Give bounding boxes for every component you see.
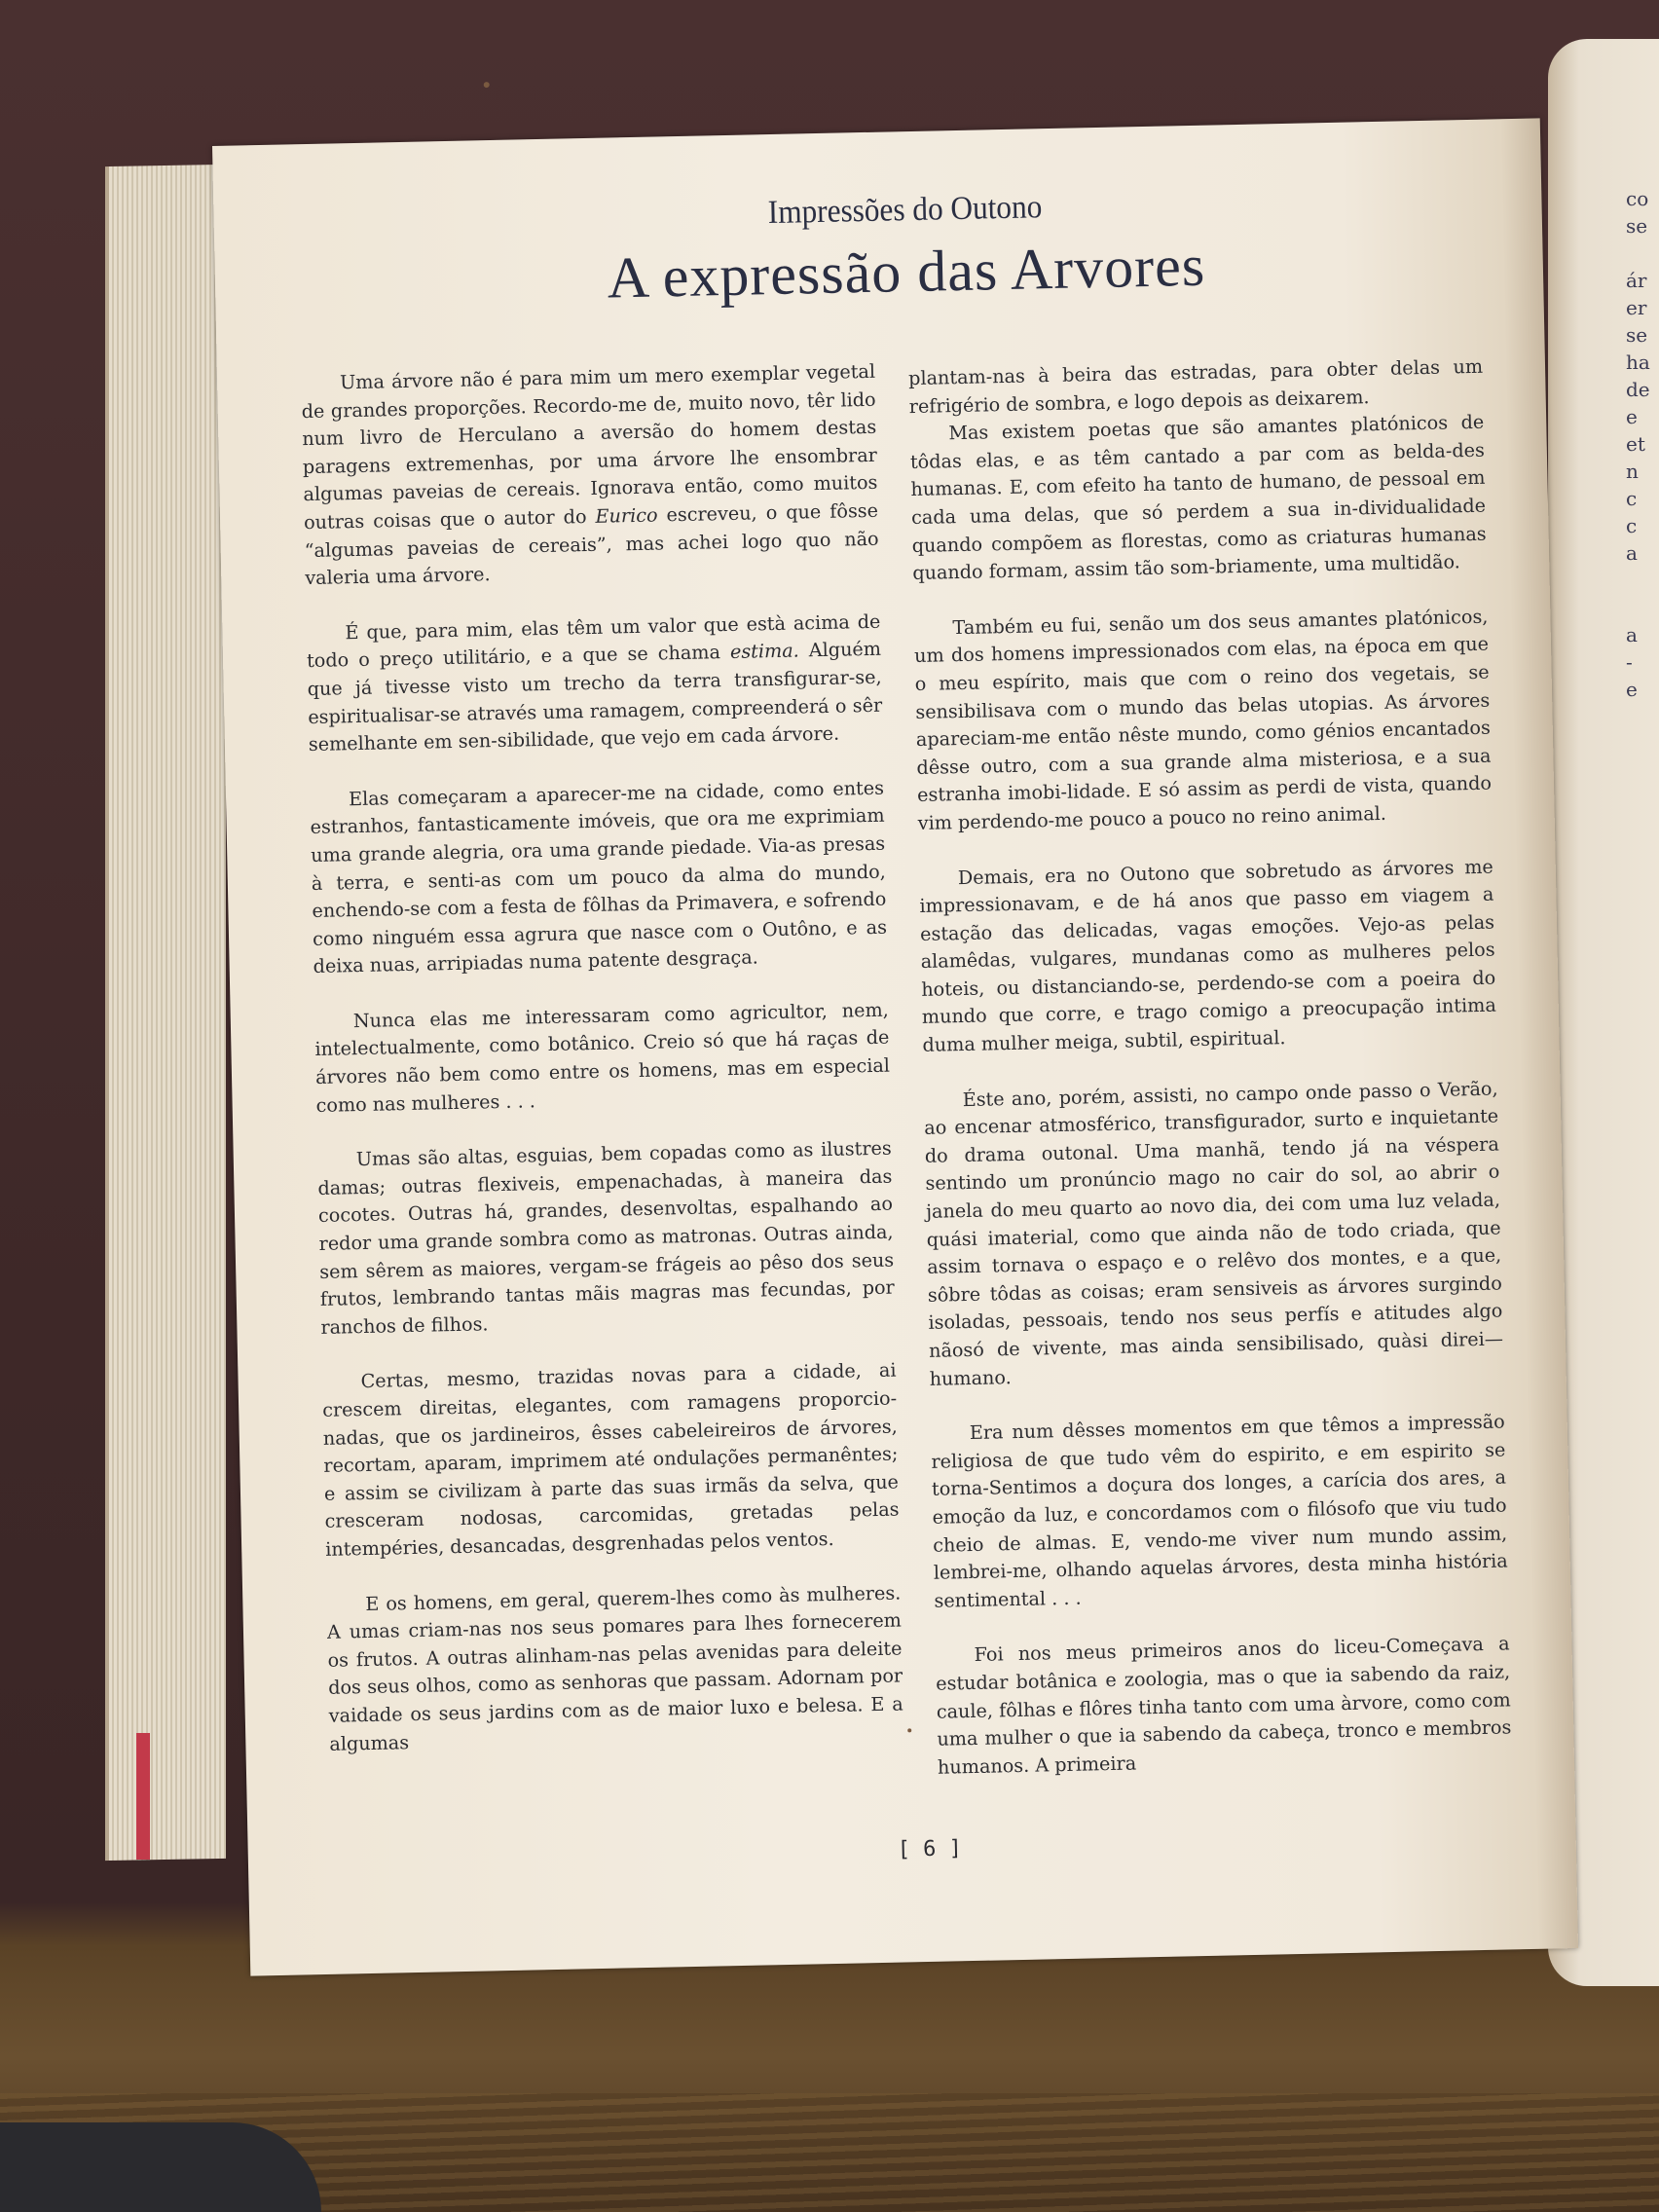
paragraph: É que, para mim, elas têm um valor que e… [306,608,883,758]
book-page: Impressões do Outono A expressão das Arv… [212,118,1578,1975]
facing-fragment: e [1626,403,1659,430]
facing-fragment: - [1626,648,1659,676]
facing-fragment [1626,240,1659,267]
paragraph: Elas começaram a aparecer-me na cidade, … [310,774,888,980]
facing-fragment: e [1626,676,1659,703]
facing-fragment: se [1626,321,1659,349]
paper-speck [484,82,490,88]
paper-speck [907,1728,911,1732]
facing-fragment: co [1626,185,1659,212]
paragraph: Também eu fui, senão um dos seus amantes… [913,603,1493,837]
paragraph: Mas existem poetas que são amantes plató… [909,409,1487,588]
dark-cloth [0,2122,321,2212]
facing-fragment: n [1626,458,1659,485]
page-edges [105,165,226,1861]
facing-fragment: et [1626,430,1659,458]
facing-fragment: ha [1626,349,1659,376]
paragraph: Uma árvore não é para mim um mero exempl… [301,358,880,593]
paragraph: Umas são altas, esguias, bem copadas com… [317,1135,896,1342]
facing-fragment: c [1626,512,1659,539]
left-column: Uma árvore não é para mim um mero exempl… [301,358,904,1758]
facing-fragment: ár [1626,267,1659,294]
red-bookmark-edge [136,1733,150,1860]
facing-fragment: c [1626,485,1659,512]
right-column: plantam-nas à beira das estradas, para o… [908,353,1512,1782]
paragraph: E os homens, em geral, querem-lhes como … [326,1579,903,1758]
facing-fragment [1626,567,1659,594]
facing-fragment: a [1626,621,1659,648]
facing-fragment: a [1626,539,1659,567]
facing-fragment: se [1626,212,1659,240]
paragraph: Éste ano, porém, assisti, no campo onde … [923,1075,1503,1393]
page-number: [ 6 ] [871,1836,988,1863]
facing-fragment [1626,594,1659,621]
paragraph: Nunca elas me interessaram como agricult… [314,997,891,1121]
article-title: A expressão das Arvores [545,231,1267,313]
article-kicker: Impressões do Outono [717,188,1093,233]
paragraph: Certas, mesmo, trazidas novas para a cid… [321,1357,900,1564]
facing-fragment: de [1626,376,1659,403]
facing-fragment: er [1626,294,1659,321]
paragraph: Era num dêsses momentos em que têmos a i… [931,1409,1509,1615]
paragraph: Foi nos meus primeiros anos do liceu-Com… [935,1631,1512,1782]
paragraph: Demais, era no Outono que sobretudo as á… [919,853,1497,1059]
facing-page-text: cose árersehadeeetncca a-e [1626,185,1659,703]
